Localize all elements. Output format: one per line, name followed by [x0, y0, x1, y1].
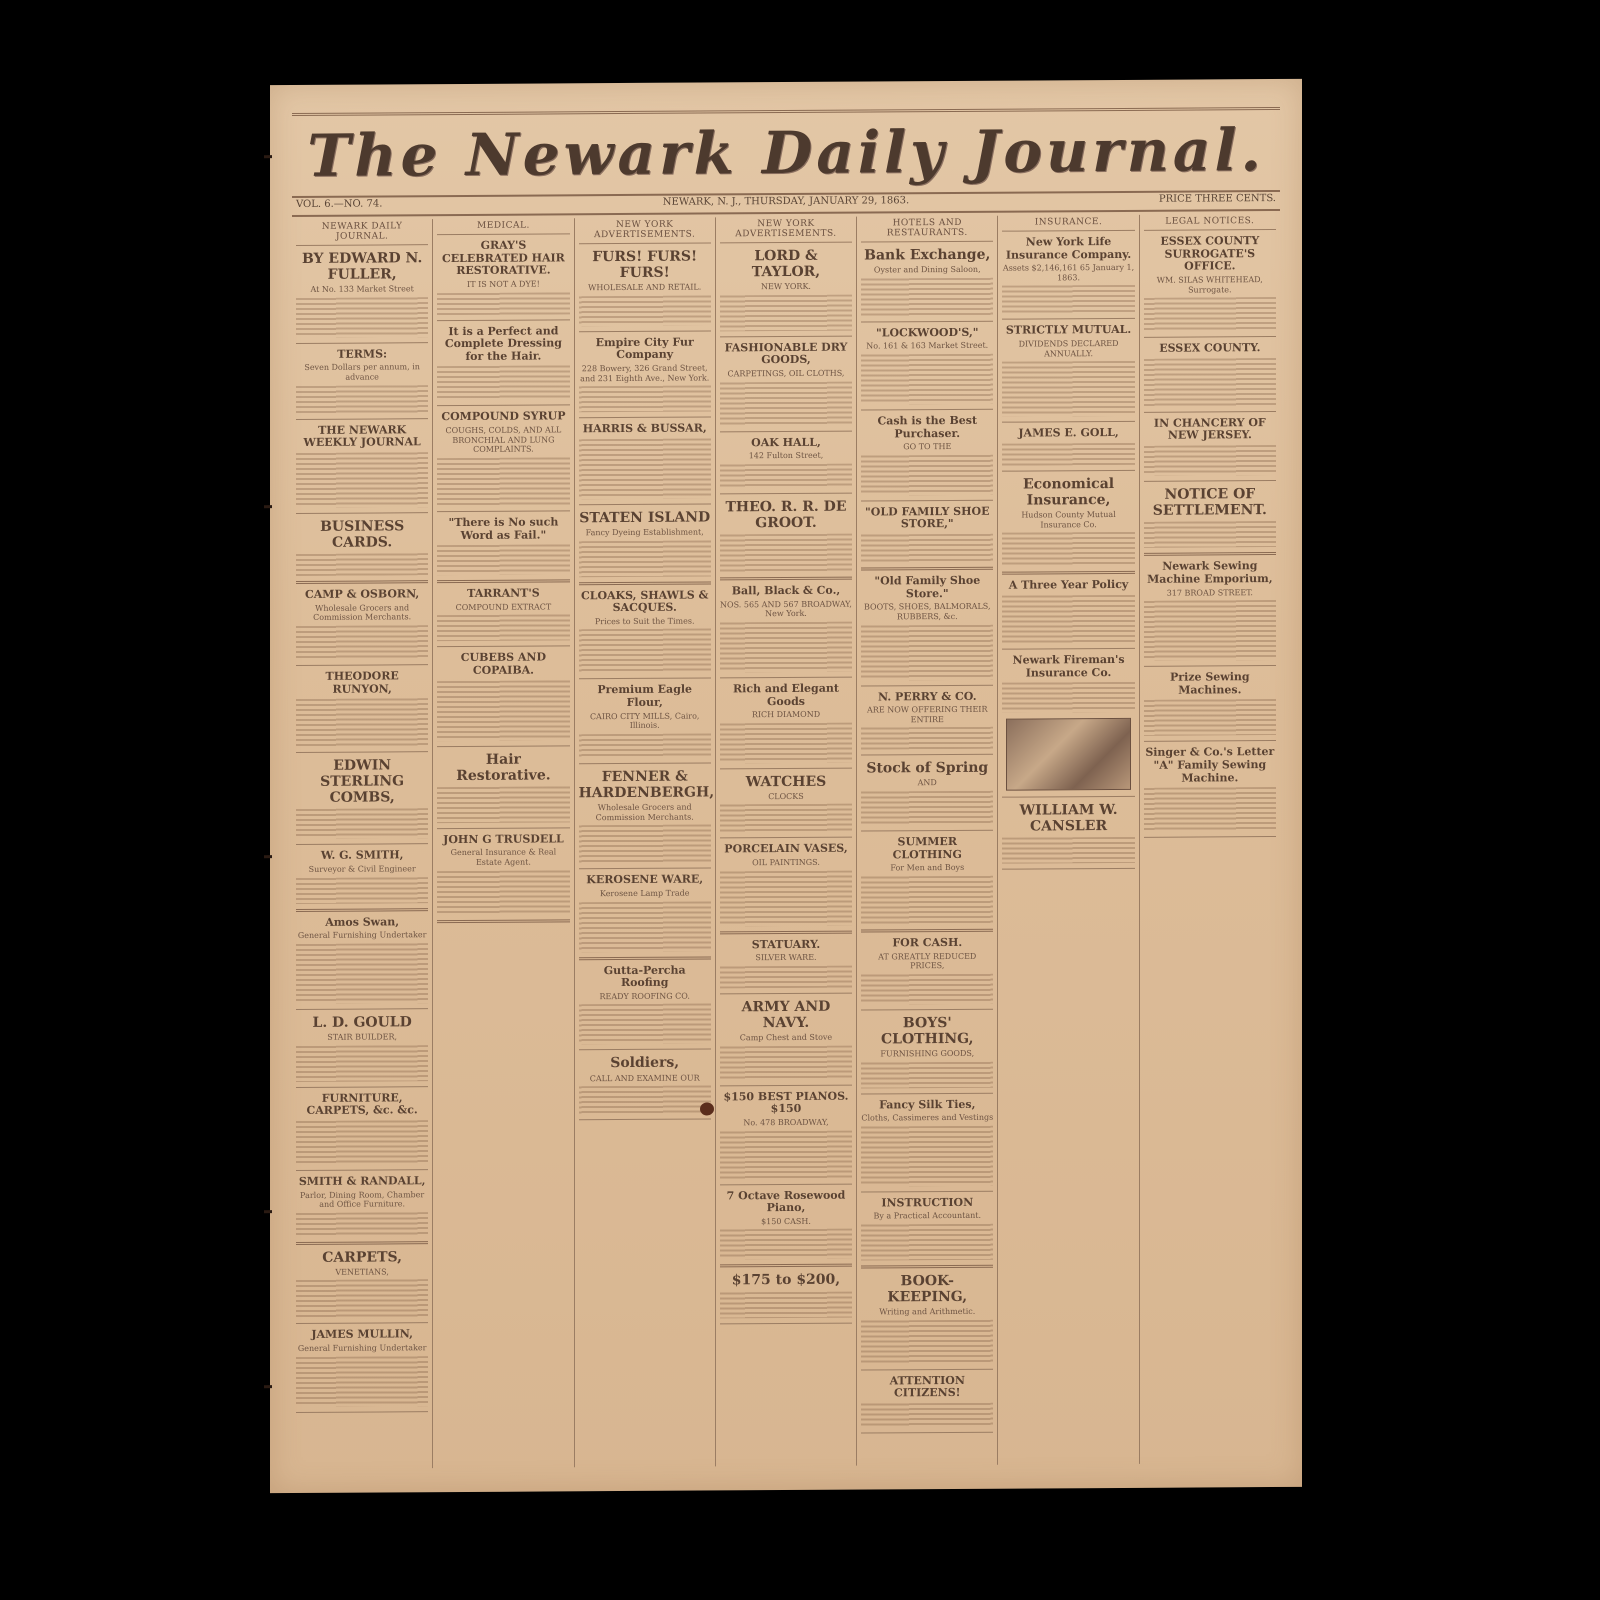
body-text [437, 680, 569, 741]
ad-title: Soldiers, [579, 1055, 711, 1072]
column-heading: INSURANCE. [1002, 215, 1134, 232]
ad-title: ARMY AND NAVY. [720, 999, 852, 1032]
ad-title: W. G. SMITH, [296, 850, 428, 863]
ad-title: LORD & TAYLOR, [720, 248, 852, 281]
ad-subtitle: $150 CASH. [720, 1216, 852, 1226]
body-text [720, 870, 852, 926]
ad-subtitle: General Insurance & Real Estate Agent. [437, 848, 569, 868]
column-3: NEW YORK ADVERTISEMENTS.FURS! FURS! FURS… [575, 217, 716, 1467]
divider [861, 1191, 993, 1193]
divider [579, 678, 711, 680]
body-text [579, 825, 711, 864]
divider [720, 1183, 852, 1185]
ad-subtitle: No. 161 & 163 Market Street. [861, 341, 993, 351]
divider [1002, 421, 1134, 423]
ad-title: PORCELAIN VASES, [720, 843, 852, 856]
body-text [1002, 361, 1134, 417]
ad-subtitle: CARPETINGS, OIL CLOTHS, [720, 369, 852, 379]
divider [1144, 480, 1276, 482]
divider [720, 577, 852, 581]
divider [1002, 796, 1134, 798]
ad-title: CUBEBS AND COPAIBA. [437, 652, 569, 678]
masthead: The Newark Daily Journal. [292, 107, 1280, 198]
body-text [296, 297, 428, 338]
ad-subtitle: No. 478 BROADWAY, [720, 1118, 852, 1128]
divider [296, 844, 428, 846]
ad-title: Bank Exchange, [861, 247, 993, 264]
body-text [437, 292, 569, 315]
body-text [861, 791, 993, 826]
divider [720, 335, 852, 337]
ad-subtitle: COUGHS, COLDS, AND ALL BRONCHIAL AND LUN… [437, 425, 569, 455]
body-text [861, 354, 993, 405]
body-text [1144, 445, 1276, 476]
ad-title: Rich and Elegant Goods [720, 683, 852, 709]
ad-subtitle: COMPOUND EXTRACT [437, 602, 569, 612]
ad-subtitle: Surveyor & Civil Engineer [296, 864, 428, 874]
column-heading: NEW YORK ADVERTISEMENTS. [720, 217, 852, 244]
divider [1144, 552, 1276, 556]
divider [296, 512, 428, 514]
newspaper-page: The Newark Daily Journal. VOL. 6.—NO. 74… [270, 79, 1302, 1493]
column-7: LEGAL NOTICES.ESSEX COUNTY SURROGATE'S O… [1140, 214, 1280, 1464]
ad-title: FOR CASH. [861, 937, 993, 950]
ad-title: JAMES E. GOLL, [1002, 427, 1134, 440]
divider [861, 500, 993, 502]
body-text [1144, 358, 1276, 407]
ad-title: FENNER & HARDENBERGH, [579, 768, 711, 801]
body-text [1144, 297, 1276, 332]
ad-title: Premium Eagle Flour, [579, 684, 711, 710]
body-text [579, 438, 711, 499]
ad-title: Stock of Spring [861, 760, 993, 777]
ad-subtitle: Oyster and Dining Saloon, [861, 265, 993, 275]
divider [296, 1169, 428, 1171]
ad-title: Gutta-Percha Roofing [579, 964, 711, 990]
body-text [720, 966, 852, 989]
column-6: INSURANCE.New York Life Insurance Compan… [998, 215, 1139, 1465]
body-text [296, 943, 428, 1004]
ad-subtitle: Kerosene Lamp Trade [579, 888, 711, 898]
ad-subtitle: DIVIDENDS DECLARED ANNUALLY. [1002, 339, 1134, 359]
body-text [296, 553, 428, 576]
ad-subtitle: BOOTS, SHOES, BALMORALS, RUBBERS, &c. [861, 602, 993, 622]
body-text [579, 629, 711, 674]
ad-title: KEROSENE WARE, [579, 874, 711, 887]
divider [861, 567, 993, 571]
columns: NEWARK DAILY JOURNAL.BY EDWARD N. FULLER… [292, 214, 1280, 1469]
divider [296, 751, 428, 753]
body-text [579, 733, 711, 758]
divider [861, 320, 993, 322]
ad-title: STATEN ISLAND [579, 509, 711, 526]
body-text [861, 455, 993, 496]
divider [437, 319, 569, 321]
divider [296, 418, 428, 420]
divider [296, 1008, 428, 1010]
ad-title: FURNITURE, CARPETS, &c. &c. [296, 1092, 428, 1118]
body-text [1002, 682, 1134, 713]
divider [1144, 336, 1276, 338]
divider [437, 646, 569, 648]
ad-title: Economical Insurance, [1002, 476, 1134, 509]
body-text [1144, 600, 1276, 661]
ad-title: CAMP & OSBORN, [296, 588, 428, 601]
divider [579, 503, 711, 505]
body-text [720, 804, 852, 833]
ad-subtitle: WM. SILAS WHITEHEAD, Surrogate. [1144, 275, 1276, 295]
divider [579, 581, 711, 585]
ad-title: Fancy Silk Ties, [861, 1098, 993, 1111]
divider [1144, 411, 1276, 413]
divider [861, 830, 993, 832]
ad-title: Ball, Black & Co., [720, 585, 852, 598]
column-1: NEWARK DAILY JOURNAL.BY EDWARD N. FULLER… [292, 219, 433, 1469]
ad-title: "There is No such Word as Fail." [437, 516, 569, 542]
divider [579, 762, 711, 764]
binding-mark [264, 155, 272, 158]
body-text [296, 385, 428, 414]
ad-title: CLOAKS, SHAWLS & SACQUES. [579, 589, 711, 615]
divider [1144, 836, 1276, 838]
divider [437, 919, 569, 923]
body-text [861, 1403, 993, 1428]
ad-title: Newark Sewing Machine Emporium, [1144, 560, 1276, 586]
ad-title: Singer & Co.'s Letter "A" Family Sewing … [1144, 746, 1276, 785]
body-text [720, 294, 852, 331]
divider [720, 993, 852, 995]
ad-subtitle: 142 Fulton Street, [720, 451, 852, 461]
body-text [296, 1045, 428, 1082]
ad-title: BOOK-KEEPING, [861, 1273, 993, 1306]
ad-title: "Old Family Shoe Store." [861, 575, 993, 601]
ad-subtitle: IT IS NOT A DYE! [437, 279, 569, 289]
body-text [437, 786, 569, 823]
ad-subtitle: WHOLESALE AND RETAIL. [579, 283, 711, 293]
ad-subtitle: RICH DIAMOND [720, 710, 852, 720]
ad-subtitle: By a Practical Accountant. [861, 1211, 993, 1221]
ad-title: $150 BEST PIANOS. $150 [720, 1090, 852, 1116]
ad-title: JAMES MULLIN, [296, 1329, 428, 1342]
divider [861, 1265, 993, 1269]
body-text [296, 877, 428, 904]
ad-title: TERMS: [296, 348, 428, 361]
body-text [296, 625, 428, 660]
ad-subtitle: Wholesale Grocers and Commission Merchan… [296, 603, 428, 623]
body-text [1144, 699, 1276, 736]
divider [579, 956, 711, 960]
body-text [579, 1086, 711, 1115]
divider [296, 580, 428, 584]
divider [296, 1323, 428, 1325]
ad-title: Hair Restorative. [437, 751, 569, 784]
ad-title: IN CHANCERY OF NEW JERSEY. [1144, 417, 1276, 443]
ad-title: L. D. GOULD [296, 1014, 428, 1031]
divider [437, 827, 569, 829]
divider [1002, 648, 1134, 650]
divider [579, 868, 711, 870]
body-text [296, 1280, 428, 1319]
divider [720, 1264, 852, 1268]
divider [437, 510, 569, 512]
column-2: MEDICAL.GRAY'S CELEBRATED HAIR RESTORATI… [433, 218, 574, 1468]
body-text [720, 534, 852, 573]
body-text [579, 901, 711, 952]
divider [861, 684, 993, 686]
ad-title: 7 Octave Rosewood Piano, [720, 1189, 852, 1215]
ad-title: STATUARY. [720, 938, 852, 951]
ad-title: It is a Perfect and Complete Dressing fo… [437, 325, 569, 364]
divider [861, 409, 993, 411]
body-text [1002, 595, 1134, 644]
body-text [720, 1130, 852, 1179]
ad-title: GRAY'S CELEBRATED HAIR RESTORATIVE. [437, 239, 569, 278]
ad-subtitle: READY ROOFING CO. [579, 991, 711, 1001]
divider [579, 1119, 711, 1121]
column-heading: MEDICAL. [437, 218, 569, 235]
divider [437, 579, 569, 583]
ad-subtitle: Hudson County Mutual Insurance Co. [1002, 510, 1134, 530]
body-text [296, 1356, 428, 1407]
ad-title: THEODORE RUNYON, [296, 670, 428, 696]
ad-title: THEO. R. R. DE GROOT. [720, 498, 852, 531]
body-text [1002, 532, 1134, 567]
ad-subtitle: Prices to Suit the Times. [579, 616, 711, 626]
ad-title: TARRANT'S [437, 587, 569, 600]
body-text [861, 277, 993, 316]
body-text [720, 1045, 852, 1080]
divider [720, 677, 852, 679]
ad-subtitle: Assets $2,146,161 65 January 1, 1863. [1002, 263, 1134, 283]
ad-subtitle: AND [861, 778, 993, 788]
body-text [437, 615, 569, 642]
ad-title: BY EDWARD N. FULLER, [296, 250, 428, 283]
ad-title: CARPETS, [296, 1249, 428, 1266]
price: PRICE THREE CENTS. [1159, 193, 1276, 205]
divider [437, 405, 569, 407]
ad-title: EDWIN STERLING COMBS, [296, 757, 428, 806]
divider [579, 1049, 711, 1051]
ad-title: SUMMER CLOTHING [861, 836, 993, 862]
ad-subtitle: NOS. 565 AND 567 BROADWAY, New York. [720, 599, 852, 619]
divider [296, 1241, 428, 1245]
divider [1002, 318, 1134, 320]
ad-subtitle: Camp Chest and Stove [720, 1033, 852, 1043]
body-text [579, 540, 711, 577]
divider [720, 767, 852, 769]
body-text [437, 366, 569, 401]
body-text [1002, 443, 1134, 466]
body-text [437, 544, 569, 575]
body-text [861, 534, 993, 563]
divider [720, 1322, 852, 1324]
ad-subtitle: Fancy Dyeing Establishment, [579, 527, 711, 537]
ad-title: ESSEX COUNTY. [1144, 342, 1276, 355]
ad-title: COMPOUND SYRUP [437, 411, 569, 424]
body-text [579, 386, 711, 413]
divider [296, 1411, 428, 1413]
ad-subtitle: Seven Dollars per annum, in advance [296, 363, 428, 383]
issue-date: NEWARK, N. J., THURSDAY, JANUARY 29, 186… [292, 193, 1280, 210]
body-text [296, 698, 428, 747]
divider [720, 837, 852, 839]
body-text [579, 295, 711, 326]
ad-subtitle: General Furnishing Undertaker [296, 1343, 428, 1353]
body-text [861, 624, 993, 680]
ad-subtitle: STAIR BUILDER, [296, 1032, 428, 1042]
ad-subtitle: AT GREATLY REDUCED PRICES, [861, 951, 993, 971]
divider [720, 492, 852, 494]
divider [296, 342, 428, 344]
divider [861, 1092, 993, 1094]
divider [861, 1369, 993, 1371]
divider [720, 430, 852, 432]
ad-title: Cash is the Best Purchaser. [861, 415, 993, 441]
ad-title: FASHIONABLE DRY GOODS, [720, 341, 852, 367]
ad-title: "LOCKWOOD'S," [861, 326, 993, 339]
ad-title: ESSEX COUNTY SURROGATE'S OFFICE. [1144, 235, 1276, 274]
ad-subtitle: Parlor, Dining Room, Chamber and Office … [296, 1190, 428, 1210]
body-text [296, 1120, 428, 1165]
binding-mark [264, 1385, 272, 1388]
divider [861, 754, 993, 756]
ad-title: ATTENTION CITIZENS! [861, 1375, 993, 1401]
divider [861, 1008, 993, 1010]
body-text [579, 1004, 711, 1045]
ad-subtitle: General Furnishing Undertaker [296, 931, 428, 941]
ad-title: Newark Fireman's Insurance Co. [1002, 654, 1134, 680]
ad-title: Empire City Fur Company [579, 336, 711, 362]
ad-title: WATCHES [720, 773, 852, 790]
ad-title: THE NEWARK WEEKLY JOURNAL [296, 424, 428, 450]
body-text [437, 870, 569, 915]
column-5: HOTELS AND RESTAURANTS.Bank Exchange,Oys… [857, 216, 998, 1466]
ad-title: Amos Swan, [296, 916, 428, 929]
ad-subtitle: 317 BROAD STREET. [1144, 588, 1276, 598]
stain [700, 1102, 714, 1115]
ad-subtitle: CALL AND EXAMINE OUR [579, 1073, 711, 1083]
body-text [296, 452, 428, 508]
divider [1144, 665, 1276, 667]
ad-subtitle: OIL PAINTINGS. [720, 858, 852, 868]
divider [296, 1086, 428, 1088]
ad-title: WILLIAM W. CANSLER [1002, 802, 1134, 835]
divider [296, 664, 428, 666]
ad-title: $175 to $200, [720, 1272, 852, 1289]
ad-subtitle: Wholesale Grocers and Commission Merchan… [579, 803, 711, 823]
ad-title: OAK HALL, [720, 436, 852, 449]
body-text [861, 1126, 993, 1187]
body-text [720, 1291, 852, 1318]
column-heading: LEGAL NOTICES. [1144, 214, 1276, 231]
ad-subtitle: At No. 133 Market Street [296, 284, 428, 294]
divider [1002, 470, 1134, 472]
ad-subtitle: FURNISHING GOODS, [861, 1049, 993, 1059]
binding-mark [264, 505, 272, 508]
divider [861, 1432, 993, 1434]
divider [720, 930, 852, 934]
ad-title: N. PERRY & CO. [861, 690, 993, 703]
ad-title: NOTICE OF SETTLEMENT. [1144, 486, 1276, 519]
ad-subtitle: ARE NOW OFFERING THEIR ENTIRE [861, 705, 993, 725]
divider [579, 417, 711, 419]
column-heading: NEWARK DAILY JOURNAL. [296, 219, 428, 246]
body-text [720, 622, 852, 673]
ad-title: SMITH & RANDALL, [296, 1175, 428, 1188]
body-text [296, 809, 428, 840]
ad-subtitle: CLOCKS [720, 791, 852, 801]
divider [296, 908, 428, 912]
ad-title: A Three Year Policy [1002, 579, 1134, 592]
newspaper-title: The Newark Daily Journal. [292, 116, 1280, 190]
ad-subtitle: Writing and Arithmetic. [861, 1307, 993, 1317]
body-text [1144, 521, 1276, 548]
ad-subtitle: CAIRO CITY MILLS, Cairo, Illinois. [579, 711, 711, 731]
ad-title: BUSINESS CARDS. [296, 518, 428, 551]
divider [1002, 868, 1134, 870]
woodcut-illustration [1006, 718, 1130, 791]
ad-title: JOHN G TRUSDELL [437, 833, 569, 846]
ad-subtitle: 228 Bowery, 326 Grand Street, and 231 Ei… [579, 364, 711, 384]
ad-title: STRICTLY MUTUAL. [1002, 324, 1134, 337]
column-4: NEW YORK ADVERTISEMENTS.LORD & TAYLOR,NE… [716, 217, 857, 1467]
body-text [720, 722, 852, 763]
divider [579, 330, 711, 332]
divider [1144, 740, 1276, 742]
body-text [720, 463, 852, 488]
body-text [861, 1320, 993, 1365]
body-text [861, 1061, 993, 1088]
ad-subtitle: SILVER WARE. [720, 953, 852, 963]
divider [1002, 571, 1134, 575]
ad-subtitle: For Men and Boys [861, 863, 993, 873]
ad-subtitle: NEW YORK. [720, 282, 852, 292]
body-text [1144, 787, 1276, 832]
ad-subtitle: GO TO THE [861, 442, 993, 452]
body-text [861, 727, 993, 750]
ad-title: INSTRUCTION [861, 1197, 993, 1210]
binding-mark [264, 1210, 272, 1213]
body-text [296, 1212, 428, 1237]
ad-title: FURS! FURS! FURS! [579, 248, 711, 281]
ad-subtitle: Cloths, Cassimeres and Vestings [861, 1113, 993, 1123]
body-text [720, 1229, 852, 1260]
binding-mark [264, 855, 272, 858]
divider [437, 745, 569, 747]
ad-title: New York Life Insurance Company. [1002, 236, 1134, 262]
column-heading: NEW YORK ADVERTISEMENTS. [579, 217, 711, 244]
ad-title: BOYS' CLOTHING, [861, 1014, 993, 1047]
body-text [437, 457, 569, 506]
divider [861, 929, 993, 933]
body-text [1002, 285, 1134, 314]
body-text [1002, 837, 1134, 864]
ad-title: HARRIS & BUSSAR, [579, 423, 711, 436]
ad-subtitle: VENETIANS, [296, 1267, 428, 1277]
ad-title: Prize Sewing Machines. [1144, 671, 1276, 697]
divider [720, 1084, 852, 1086]
body-text [861, 1224, 993, 1261]
column-heading: HOTELS AND RESTAURANTS. [861, 216, 993, 243]
body-text [861, 973, 993, 1004]
ad-title: "OLD FAMILY SHOE STORE," [861, 506, 993, 532]
body-text [720, 381, 852, 426]
body-text [861, 876, 993, 925]
